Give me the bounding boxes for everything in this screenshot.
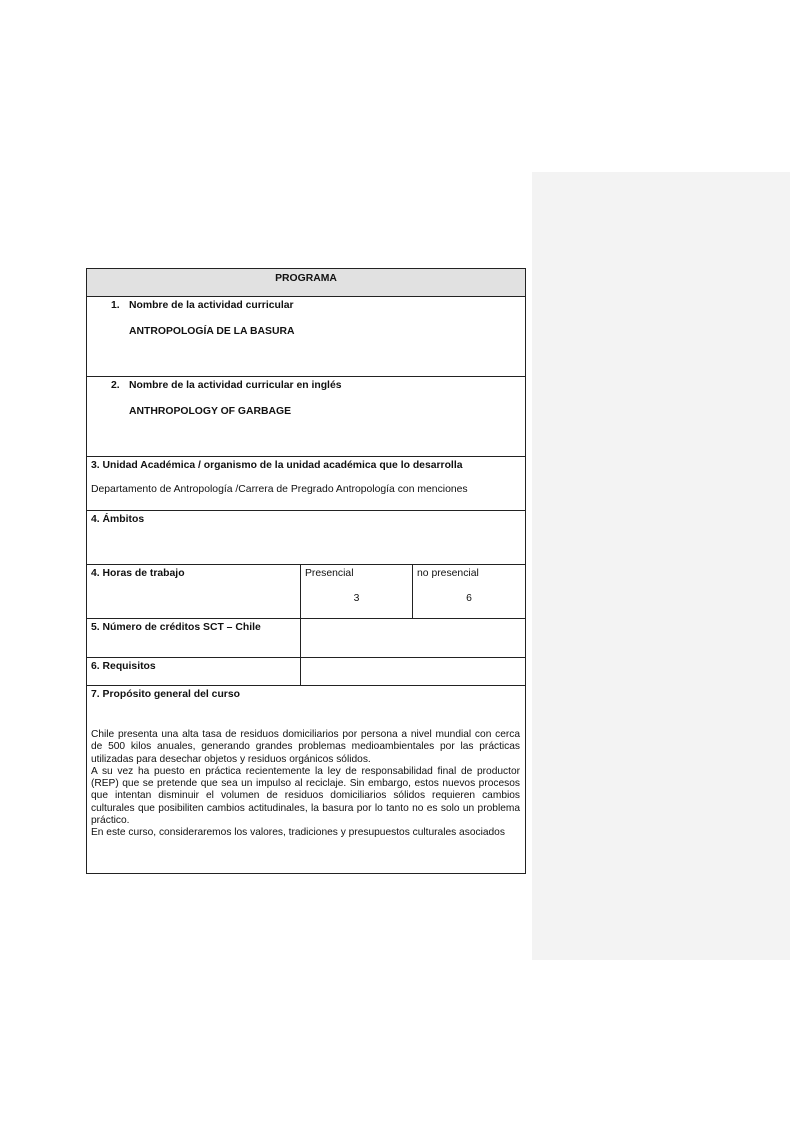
section-4-horas-row: 4. Horas de trabajo Presencial 3 no pres…: [87, 565, 526, 619]
section-2-heading: 2.Nombre de la actividad curricular en i…: [111, 379, 521, 392]
course-name-english-value: ANTHROPOLOGY OF GARBAGE: [111, 405, 521, 418]
horas-label: 4. Horas de trabajo: [91, 567, 296, 580]
proposito-label: 7. Propósito general del curso: [91, 688, 520, 701]
no-presencial-cell: no presencial 6: [413, 565, 526, 619]
requisitos-label-cell: 6. Requisitos: [87, 658, 301, 686]
creditos-value-cell: [301, 619, 526, 658]
no-presencial-label: no presencial: [417, 567, 521, 580]
proposito-text: Chile presenta una alta tasa de residuos…: [91, 729, 520, 840]
academic-unit-value: Departamento de Antropología /Carrera de…: [91, 483, 521, 496]
section-1-number: 1.: [111, 299, 129, 312]
section-1-row: 1.Nombre de la actividad curricular ANTR…: [87, 297, 526, 377]
program-table: PROGRAMA 1.Nombre de la actividad curric…: [86, 268, 526, 874]
course-name-value: ANTROPOLOGÍA DE LA BASURA: [111, 325, 521, 338]
section-1-heading: 1.Nombre de la actividad curricular: [111, 299, 521, 312]
presencial-value: 3: [305, 592, 408, 605]
presencial-label: Presencial: [305, 567, 408, 580]
section-3-row: 3. Unidad Académica / organismo de la un…: [87, 457, 526, 511]
section-2-cell: 2.Nombre de la actividad curricular en i…: [87, 377, 526, 457]
table-header-row: PROGRAMA: [87, 269, 526, 297]
section-2-number: 2.: [111, 379, 129, 392]
section-2-row: 2.Nombre de la actividad curricular en i…: [87, 377, 526, 457]
section-3-cell: 3. Unidad Académica / organismo de la un…: [87, 457, 526, 511]
section-4-ambitos-cell: 4. Ámbitos: [87, 511, 526, 565]
section-1-label: Nombre de la actividad curricular: [129, 300, 294, 311]
section-5-row: 5. Número de créditos SCT – Chile: [87, 619, 526, 658]
table-header: PROGRAMA: [87, 269, 526, 297]
no-presencial-value: 6: [417, 592, 521, 605]
proposito-paragraph: Chile presenta una alta tasa de residuos…: [91, 729, 520, 766]
requisitos-label: 6. Requisitos: [91, 660, 296, 673]
section-2-label: Nombre de la actividad curricular en ing…: [129, 380, 342, 391]
section-1-cell: 1.Nombre de la actividad curricular ANTR…: [87, 297, 526, 377]
horas-label-cell: 4. Horas de trabajo: [87, 565, 301, 619]
section-7-row: 7. Propósito general del curso Chile pre…: [87, 686, 526, 874]
section-4-ambitos-row: 4. Ámbitos: [87, 511, 526, 565]
section-6-row: 6. Requisitos: [87, 658, 526, 686]
presencial-cell: Presencial 3: [301, 565, 413, 619]
proposito-paragraph: En este curso, consideraremos los valore…: [91, 827, 520, 839]
creditos-label-cell: 5. Número de créditos SCT – Chile: [87, 619, 301, 658]
section-4-ambitos-label: 4. Ámbitos: [91, 513, 521, 526]
proposito-paragraph: A su vez ha puesto en práctica recientem…: [91, 766, 520, 827]
requisitos-value-cell: [301, 658, 526, 686]
creditos-label: 5. Número de créditos SCT – Chile: [91, 621, 296, 634]
comment-margin-pane: [532, 172, 790, 960]
proposito-cell: 7. Propósito general del curso Chile pre…: [87, 686, 526, 874]
section-3-label: 3. Unidad Académica / organismo de la un…: [91, 459, 521, 472]
